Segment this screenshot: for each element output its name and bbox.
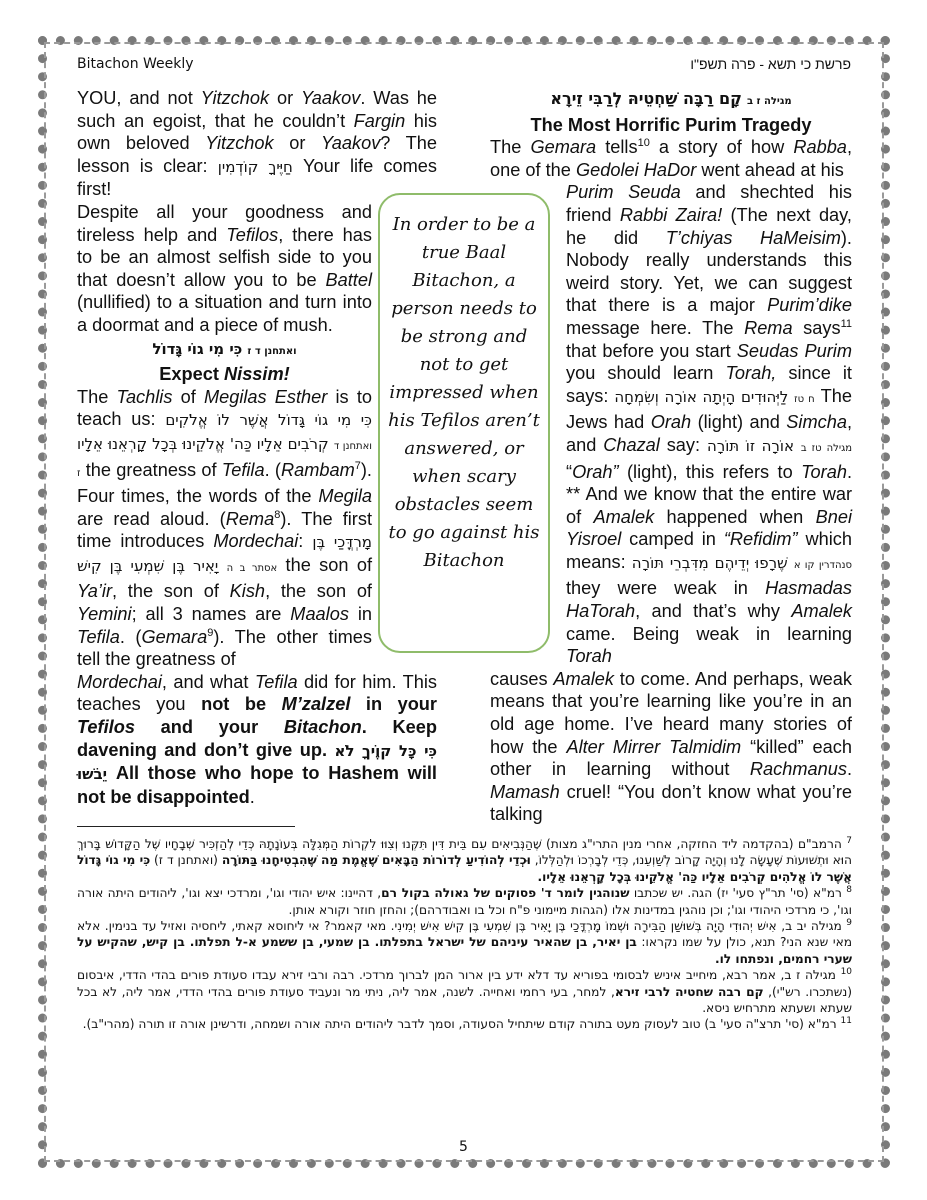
footnote-8: 8 רמ"א (סי' תר"ץ סעי' יז) הגה. יש שכתבו … [77,885,852,918]
footnote-9: 9 מגילה יב ב, אִישׁ יְהוּדִי הָיָה בְּשׁ… [77,918,852,967]
footnote-7: 7 הרמב"ם (בהקדמה ליד החזקה, אחרי מנין הת… [77,836,852,885]
hebrew-quote: אוֹרָה זוֹ תּוֹרָה [707,437,794,455]
subhead-english: Expect Nissim! [77,363,372,386]
paragraph-wrapped: Purim Seuda and shechted his friend Rabb… [566,181,852,667]
article-title-hebrew: קָם רַבָּה שַׁחְטֵיהּ לְרַבִּי זֵירָא מג… [490,87,852,114]
paragraph: YOU, and not Yitzchok or Yaakov. Was he … [77,87,437,201]
paragraph-continued: Mordechai, and what Tefila did for him. … [77,671,437,809]
subhead-hebrew: כִּי מִי גוֹי גָּדוֹל ואתחנן ד ז [77,337,372,364]
footnote-11: 11 רמ"א (סי' תרצ"ה סעי' ב) טוב לעסוק מעט… [77,1016,852,1032]
article-title: The Most Horrific Purim Tragedy [490,114,852,137]
hebrew-quote: חַיֶּיךָ קוֹדְמִין [218,158,293,176]
paragraph: Despite all your goodness and tireless h… [77,201,372,337]
hebrew-quote: לַיְּהוּדִים הָיְתָה אוֹרָה וְשִׂמְחָה [614,388,788,406]
right-column: קָם רַבָּה שַׁחְטֵיהּ לְרַבִּי זֵירָא מג… [490,87,852,826]
footnote-separator [77,826,295,827]
page-number: 5 [0,1139,927,1155]
footnote-ref[interactable]: 10 [638,137,650,149]
parsha-header: פרשת כי תשא - פרה תשפ"ו [690,56,851,72]
hebrew-quote: שֶׁרָפוּ יְדֵיהֶם מִדִּבְרֵי תּוֹרָה [632,554,788,572]
paragraph: The Tachlis of Megilas Esther is to teac… [77,386,372,671]
paragraph-continued: causes Amalek to come. And perhaps, weak… [490,668,852,826]
paragraph: The Gemara tells10 a story of how Rabba,… [490,136,852,181]
footnotes: 7 הרמב"ם (בהקדמה ליד החזקה, אחרי מנין הת… [77,836,852,1033]
newsletter-title: Bitachon Weekly [77,56,194,72]
footnote-ref[interactable]: 11 [841,318,852,330]
footnote-10: 10 מגילה ז ב, אמר רבא, מיחייב איניש לבסו… [77,967,852,1016]
